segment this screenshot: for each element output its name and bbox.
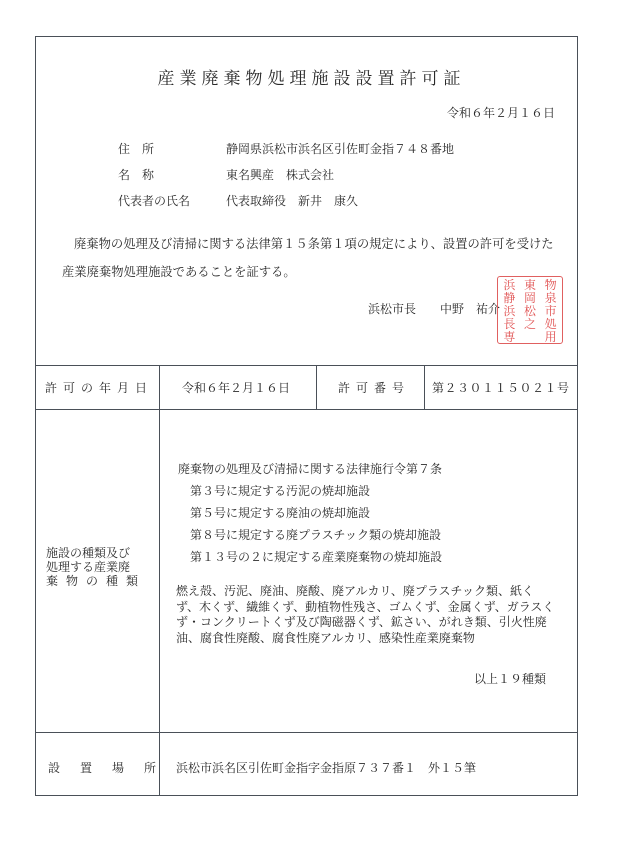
name-label: 名 称	[118, 166, 226, 183]
permit-number-value: 第２３０１１５０２１号	[432, 379, 570, 396]
label-line: 棄物の種類	[46, 574, 152, 588]
location-label: 設置場所	[48, 759, 176, 776]
facility-type-item: 第８号に規定する廃プラスチック類の焼却施設	[178, 524, 442, 546]
name-value: 東名興産 株式会社	[226, 166, 334, 183]
seal-column: 浜静浜長専	[503, 279, 515, 341]
address-value: 静岡県浜松市浜名区引佐町金指７４８番地	[226, 140, 454, 157]
table-divider	[35, 409, 578, 410]
waste-types-total: 以上１９種類	[474, 670, 546, 687]
column-divider	[424, 365, 425, 409]
info-row-address: 住 所 静岡県浜松市浜名区引佐町金指７４８番地	[118, 140, 454, 157]
facility-types-list: 廃棄物の処理及び清掃に関する法律施行令第７条 第３号に規定する汚泥の焼却施設 第…	[178, 458, 442, 568]
permit-number-label: 許可番号	[338, 379, 410, 396]
permit-date-value: 令和６年２月１６日	[182, 379, 290, 396]
issue-date: 令和６年２月１６日	[447, 104, 555, 121]
seal-character: 用	[545, 331, 557, 344]
table-divider	[35, 732, 578, 733]
representative-label: 代表者の氏名	[118, 192, 226, 209]
table-divider	[35, 365, 578, 366]
representative-value: 代表取締役 新井 康久	[226, 192, 358, 209]
seal-character: 之	[524, 318, 536, 331]
certification-text-line1: 廃棄物の処理及び清掃に関する法律第１５条第１項の規定により、設置の許可を受けた	[62, 230, 572, 258]
label-line: 処理する産業廃	[46, 560, 152, 574]
address-label: 住 所	[118, 140, 226, 157]
facility-type-item: 第３号に規定する汚泥の焼却施設	[178, 480, 442, 502]
issuer-name: 浜松市長 中野 祐介	[368, 300, 500, 317]
waste-types-text: 燃え殻、汚泥、廃油、廃酸、廃アルカリ、廃プラスチック類、紙くず、木くず、繊維くず…	[176, 584, 556, 646]
info-row-name: 名 称 東名興産 株式会社	[118, 166, 334, 183]
seal-character: 専	[503, 331, 515, 344]
column-divider	[316, 365, 317, 409]
seal-column: 物泉市処用	[545, 279, 557, 341]
permit-date-label: 許可の年月日	[45, 379, 153, 396]
facility-and-waste-types-label: 施設の種類及び 処理する産業廃 棄物の種類	[46, 546, 152, 588]
location-value: 浜松市浜名区引佐町金指字金指原７３７番１ 外１５筆	[176, 759, 476, 776]
certificate-title: 産業廃棄物処理施設設置許可証	[0, 64, 623, 89]
column-divider	[159, 365, 160, 796]
seal-column: 東岡松之	[524, 279, 536, 341]
info-row-representative: 代表者の氏名 代表取締役 新井 康久	[118, 192, 358, 209]
certification-text-line2: 産業廃棄物処理施設であることを証する。	[62, 258, 572, 286]
label-line: 施設の種類及び	[46, 546, 152, 560]
facility-type-item: 第５号に規定する廃油の焼却施設	[178, 502, 442, 524]
official-seal-icon: 物泉市処用 東岡松之 浜静浜長専	[497, 276, 563, 344]
facility-type-item: 第１３号の２に規定する産業廃棄物の焼却施設	[178, 546, 442, 568]
facility-types-heading: 廃棄物の処理及び清掃に関する法律施行令第７条	[178, 458, 442, 480]
